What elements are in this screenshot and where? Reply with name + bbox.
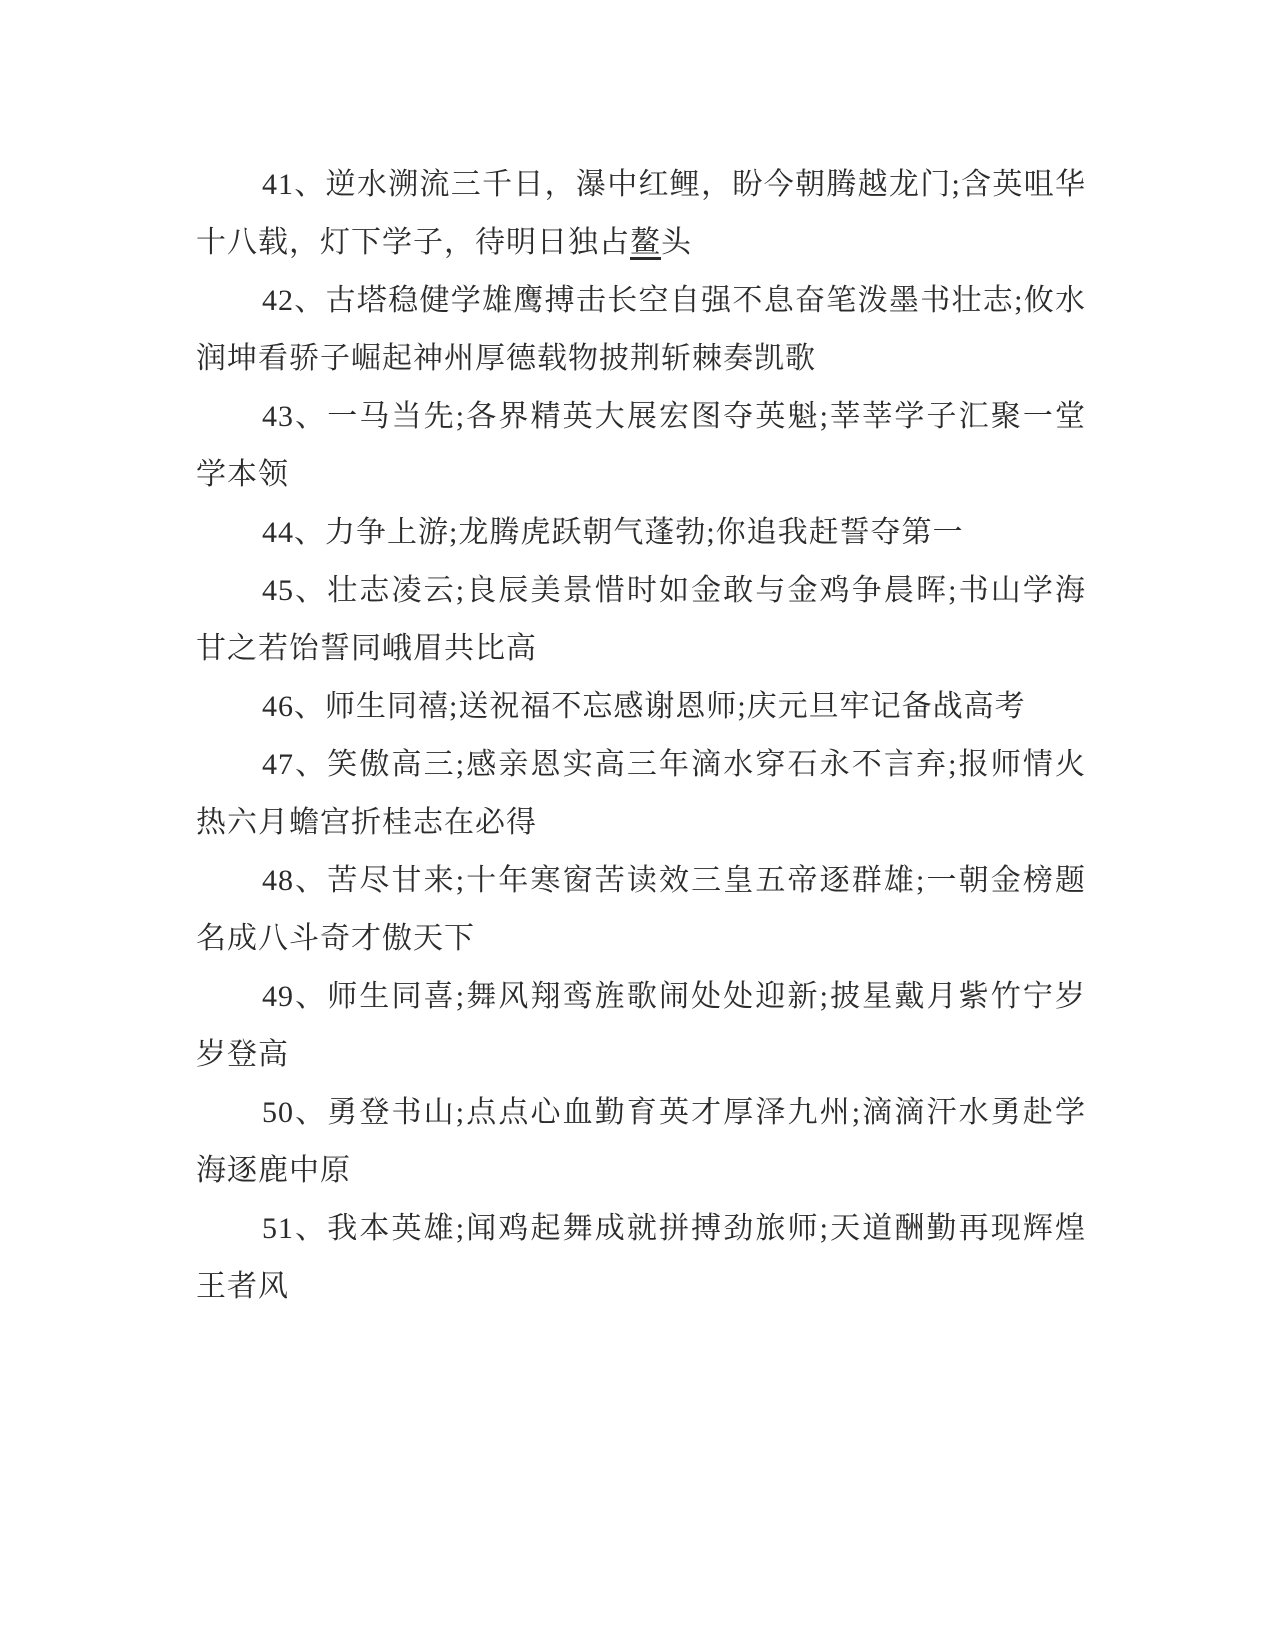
item-number: 44、 xyxy=(262,516,325,549)
item-number: 41、 xyxy=(262,168,326,201)
item-number: 48、 xyxy=(262,864,327,897)
item-text: 壮志凌云;良辰美景惜时如金敢与金鸡争晨晖;书山学海甘之若饴誓同峨眉共比高 xyxy=(196,574,1086,665)
item-text: 师生同禧;送祝福不忘感谢恩师;庆元旦牢记备战高考 xyxy=(325,690,1026,723)
slogan-item-46: 46、师生同禧;送祝福不忘感谢恩师;庆元旦牢记备战高考 xyxy=(196,678,1086,736)
item-number: 50、 xyxy=(262,1096,327,1129)
item-text: 笑傲高三;感亲恩实高三年滴水穿石永不言弃;报师情火热六月蟾宫折桂志在必得 xyxy=(196,748,1086,839)
item-text: 苦尽甘来;十年寒窗苦读效三皇五帝逐群雄;一朝金榜题名成八斗奇才傲天下 xyxy=(196,864,1086,955)
slogan-item-47: 47、笑傲高三;感亲恩实高三年滴水穿石永不言弃;报师情火热六月蟾宫折桂志在必得 xyxy=(196,736,1086,852)
item-number: 43、 xyxy=(262,400,327,433)
slogan-item-42: 42、古塔稳健学雄鹰搏击长空自强不息奋笔泼墨书壮志;攸水润坤看骄子崛起神州厚德载… xyxy=(196,272,1086,388)
slogan-item-51: 51、我本英雄;闻鸡起舞成就拼搏劲旅师;天道酬勤再现辉煌王者风 xyxy=(196,1200,1086,1316)
item-number: 47、 xyxy=(262,748,327,781)
item-text: 勇登书山;点点心血勤育英才厚泽九州;滴滴汗水勇赴学海逐鹿中原 xyxy=(196,1096,1086,1187)
slogan-item-41: 41、逆水溯流三千日，瀑中红鲤，盼今朝腾越龙门;含英咀华十八载，灯下学子，待明日… xyxy=(196,156,1086,272)
slogan-item-45: 45、壮志凌云;良辰美景惜时如金敢与金鸡争晨晖;书山学海甘之若饴誓同峨眉共比高 xyxy=(196,562,1086,678)
item-text: 古塔稳健学雄鹰搏击长空自强不息奋笔泼墨书壮志;攸水润坤看骄子崛起神州厚德载物披荆… xyxy=(196,284,1086,375)
item-text: 一马当先;各界精英大展宏图夺英魁;莘莘学子汇聚一堂学本领 xyxy=(196,400,1086,491)
slogan-item-50: 50、勇登书山;点点心血勤育英才厚泽九州;滴滴汗水勇赴学海逐鹿中原 xyxy=(196,1084,1086,1200)
item-text: 我本英雄;闻鸡起舞成就拼搏劲旅师;天道酬勤再现辉煌王者风 xyxy=(196,1212,1086,1303)
item-number: 46、 xyxy=(262,690,325,723)
slogan-item-44: 44、力争上游;龙腾虎跃朝气蓬勃;你追我赶誓夺第一 xyxy=(196,504,1086,562)
item-number: 51、 xyxy=(262,1212,327,1245)
item-text: 头 xyxy=(661,226,692,259)
item-text-underlined: 鳌 xyxy=(630,226,661,259)
slogan-item-49: 49、师生同喜;舞风翔鸾旌歌闹处处迎新;披星戴月紫竹宁岁岁登高 xyxy=(196,968,1086,1084)
item-number: 42、 xyxy=(262,284,326,317)
slogan-item-43: 43、一马当先;各界精英大展宏图夺英魁;莘莘学子汇聚一堂学本领 xyxy=(196,388,1086,504)
slogan-list: 41、逆水溯流三千日，瀑中红鲤，盼今朝腾越龙门;含英咀华十八载，灯下学子，待明日… xyxy=(196,156,1086,1316)
slogan-item-48: 48、苦尽甘来;十年寒窗苦读效三皇五帝逐群雄;一朝金榜题名成八斗奇才傲天下 xyxy=(196,852,1086,968)
item-text: 力争上游;龙腾虎跃朝气蓬勃;你追我赶誓夺第一 xyxy=(325,516,964,549)
document-page: 41、逆水溯流三千日，瀑中红鲤，盼今朝腾越龙门;含英咀华十八载，灯下学子，待明日… xyxy=(0,0,1275,1650)
item-text: 师生同喜;舞风翔鸾旌歌闹处处迎新;披星戴月紫竹宁岁岁登高 xyxy=(196,980,1086,1071)
item-number: 49、 xyxy=(262,980,327,1013)
item-number: 45、 xyxy=(262,574,327,607)
